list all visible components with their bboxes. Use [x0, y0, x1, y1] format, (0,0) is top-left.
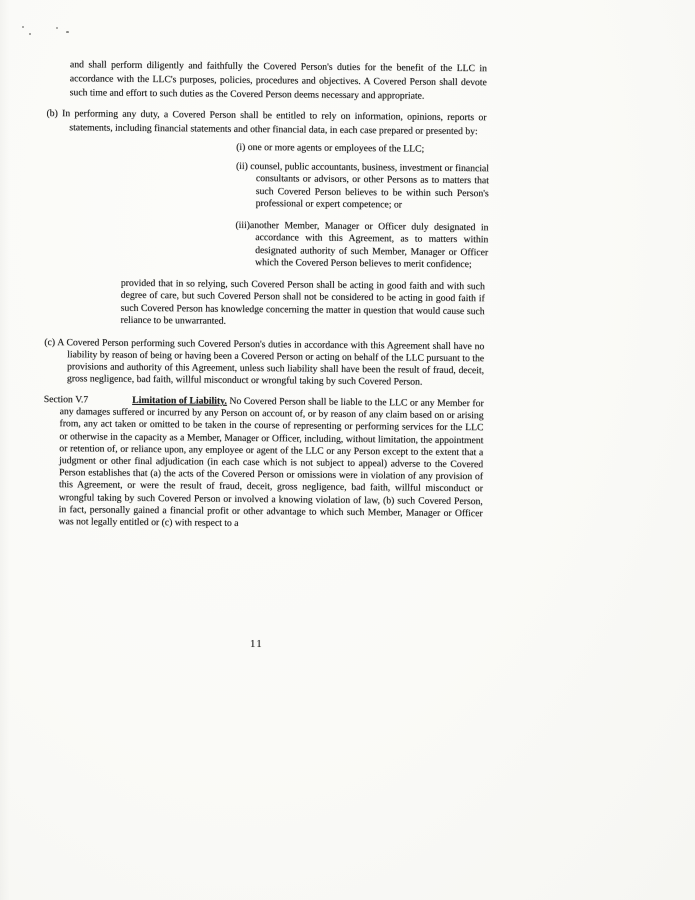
scan-speck: [22, 26, 24, 28]
section-v7-body: No Covered Person shall be liable to the…: [58, 396, 483, 529]
list-item-i: (i) one or more agents or employees of t…: [236, 142, 489, 157]
scanned-page: and shall perform diligently and faithfu…: [0, 0, 695, 900]
list-item-ii-text: counsel, public accountants, business, i…: [250, 160, 489, 210]
scan-edge-shading: [0, 0, 10, 900]
list-item-ii-label: (ii): [236, 160, 248, 171]
paragraph-b: (b) In performing any duty, a Covered Pe…: [46, 107, 486, 140]
proviso-paragraph: provided that in so relying, such Covere…: [120, 277, 484, 330]
paragraph-c-label: (c): [44, 337, 55, 348]
scan-speck: [56, 27, 58, 29]
list-item-iii-label: (iii): [235, 219, 250, 230]
list-item-iii-text: another Member, Manager or Officer duly …: [250, 219, 489, 270]
page-number: 11: [250, 639, 263, 650]
paragraph-c: (c) A Covered Person performing such Cov…: [44, 337, 484, 390]
list-item-ii: (ii) counsel, public accountants, busine…: [236, 160, 489, 212]
list-item-i-text: one or more agents or employees of the L…: [248, 142, 425, 155]
paragraph-b-label: (b): [46, 108, 57, 119]
paragraph-a-continuation: and shall perform diligently and faithfu…: [47, 58, 487, 105]
section-v7-heading: Limitation of Liability.: [132, 395, 227, 407]
list-item-iii: (iii)another Member, Manager or Officer …: [235, 219, 488, 271]
paragraph-c-text: A Covered Person performing such Covered…: [57, 337, 484, 388]
document-text-block: and shall perform diligently and faithfu…: [42, 58, 486, 532]
list-item-i-label: (i): [236, 142, 245, 153]
scan-speck: [66, 31, 69, 33]
section-v7-label: Section V.7: [44, 394, 89, 405]
scan-speck: [29, 33, 31, 35]
paragraph-b-text: In performing any duty, a Covered Person…: [62, 108, 487, 137]
section-v7-paragraph: Section V.7Limitation of Liability. No C…: [42, 394, 483, 532]
